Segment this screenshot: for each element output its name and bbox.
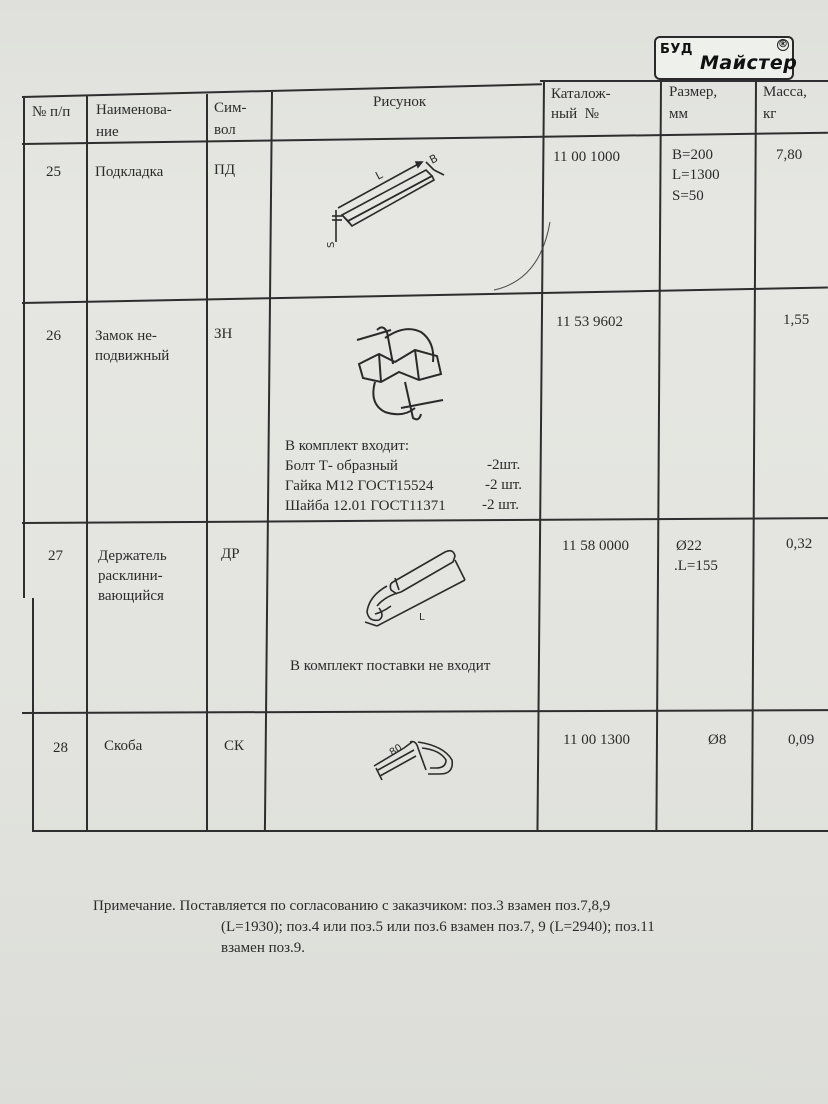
header-name-line2: ние: [96, 122, 119, 142]
header-drawing: Рисунок: [373, 92, 426, 112]
row-symbol: СК: [224, 737, 244, 756]
col-border-2: [206, 94, 208, 832]
header-bottom-border: [22, 132, 828, 145]
table-bottom-border: [33, 830, 828, 832]
header-symbol-line1: Сим-: [214, 98, 247, 118]
logo-part1: БУД: [660, 42, 693, 57]
row-mass: 7,80: [776, 146, 802, 165]
header-size-line1: Размер,: [669, 82, 717, 102]
row-name-line3: вающийся: [98, 587, 164, 606]
kit-item-qty: -2 шт.: [485, 476, 522, 495]
row-size-line1: B=200: [672, 146, 713, 165]
footnote-line1: Примечание. Поставляется по согласованию…: [93, 896, 793, 917]
kit-item-name: Болт Т- образный: [285, 457, 398, 476]
footnote-line3: взамен поз.9.: [93, 938, 793, 959]
registered-mark-icon: ®: [777, 39, 789, 51]
col-border-5: [655, 80, 662, 832]
kit-item-qty: -2шт.: [487, 456, 520, 475]
header-name-line1: Наименова-: [96, 100, 172, 120]
header-mass-line1: Масса,: [763, 82, 807, 102]
table-top-border: [22, 83, 542, 98]
row-catalog: 11 00 1300: [563, 731, 630, 750]
header-num: № п/п: [32, 102, 70, 122]
svg-text:L: L: [373, 168, 385, 183]
row-26-bottom-border: [22, 517, 828, 524]
bracket-drawing-icon: 80: [368, 728, 468, 788]
col-border-6: [751, 80, 757, 832]
pencil-mark: [490, 220, 560, 295]
row-catalog: 11 58 0000: [562, 537, 629, 556]
col-border-0: [23, 98, 25, 598]
row-num: 28: [53, 739, 68, 758]
row-symbol: ДР: [221, 545, 240, 564]
kit-item-name: Шайба 12.01 ГОСТ11371: [285, 497, 446, 516]
row-size-line3: S=50: [672, 187, 704, 206]
fixed-coupler-drawing-icon: [355, 322, 450, 427]
kit-title: В комплект входит:: [285, 437, 409, 456]
row-name-line1: Замок не-: [95, 327, 157, 346]
row-name-line1: Держатель: [98, 547, 167, 566]
col-border-1: [86, 96, 88, 832]
svg-text:S: S: [326, 242, 337, 248]
row-size: Ø8: [708, 731, 726, 750]
header-catalog-line1: Каталож-: [551, 84, 611, 104]
row-name-line2: подвижный: [95, 347, 169, 366]
row-mass: 1,55: [783, 311, 809, 330]
header-catalog-line2: ный №: [551, 104, 599, 124]
row-name: Скоба: [104, 737, 142, 756]
row-num: 26: [46, 327, 61, 346]
col-border-3: [264, 92, 273, 832]
pad-plate-drawing-icon: L B S: [330, 150, 470, 260]
row-num: 25: [46, 163, 61, 182]
row-mass: 0,09: [788, 731, 814, 750]
kit-item-name: Гайка М12 ГОСТ15524: [285, 477, 434, 496]
footnote-line2: (L=1930); поз.4 или поз.5 или поз.6 взам…: [93, 917, 793, 938]
drawing-note: В комплект поставки не входит: [290, 657, 490, 676]
row-symbol: ПД: [214, 161, 235, 180]
col-border-0b: [32, 598, 34, 832]
row-size-line1: Ø22: [676, 537, 702, 556]
row-num: 27: [48, 547, 63, 566]
row-25-bottom-border: [22, 287, 828, 304]
logo-part2: Майстер: [700, 52, 797, 74]
wedge-holder-drawing-icon: L: [355, 540, 495, 640]
row-name: Подкладка: [95, 163, 163, 182]
kit-item-qty: -2 шт.: [482, 496, 519, 515]
row-mass: 0,32: [786, 535, 812, 554]
budmaister-logo: БУД Майстер ®: [654, 36, 794, 80]
row-27-bottom-border: [22, 709, 828, 714]
row-catalog: 11 53 9602: [556, 313, 623, 332]
document-page: БУД Майстер ® № п/п Наименова- ние Сим- …: [0, 0, 828, 1104]
footnote: Примечание. Поставляется по согласованию…: [93, 896, 793, 959]
row-name-line2: расклини-: [98, 567, 163, 586]
row-catalog: 11 00 1000: [553, 148, 620, 167]
col-border-4: [536, 82, 545, 832]
header-mass-line2: кг: [763, 104, 776, 124]
header-size-line2: мм: [669, 104, 688, 124]
row-symbol: ЗН: [214, 325, 232, 344]
row-size-line2: .L=155: [674, 557, 718, 576]
svg-text:L: L: [419, 612, 425, 623]
row-size-line2: L=1300: [672, 166, 720, 185]
header-symbol-line2: вол: [214, 120, 236, 140]
